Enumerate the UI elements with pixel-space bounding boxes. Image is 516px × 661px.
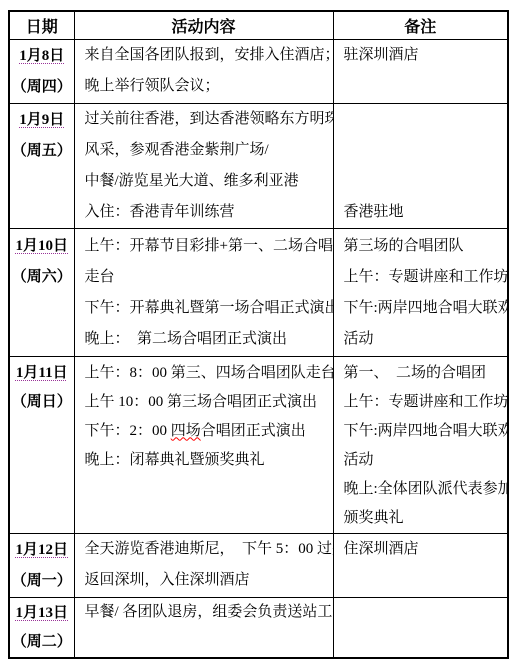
note-line: 香港驻地: [344, 197, 505, 228]
date-value: 1月11日: [16, 365, 68, 381]
note-line: 下午:两岸四地合唱大联欢: [344, 417, 505, 446]
note-line: 第一、 二场的合唱团: [344, 359, 505, 388]
schedule-row-jan12: 1月12日 （周一） 全天游览香港迪斯尼， 下午 5：00 过关 返回深圳，入住…: [9, 533, 508, 597]
notes-cell: [333, 597, 508, 658]
date-text: 1月9日: [10, 105, 74, 136]
date-cell: 1月11日 （周日）: [9, 356, 74, 533]
date-value: 1月9日: [19, 112, 64, 128]
schedule-row-jan9: 1月9日 （周五） 过关前往香港，到达香港领略东方明珠 风采，参观香港金紫荆广场…: [9, 103, 508, 228]
note-line: 晚上:全体团队派代表参加: [344, 475, 505, 504]
date-text: 1月11日: [10, 359, 74, 388]
activity-line: 下午：开幕典礼暨第一场合唱正式演出: [85, 293, 330, 324]
document-page: 日期 活动内容 备注 1月8日 （周四） 来自全国各团队报到，安排入住酒店； 晚…: [8, 10, 509, 659]
activity-line: 上午：开幕节目彩排+第一、二场合唱团: [85, 231, 330, 262]
note-line: 活动: [344, 446, 505, 475]
notes-cell: 驻深圳酒店: [333, 39, 508, 103]
date-text: 1月8日: [10, 41, 74, 72]
schedule-table: 日期 活动内容 备注 1月8日 （周四） 来自全国各团队报到，安排入住酒店； 晚…: [8, 10, 509, 659]
date-cell: 1月8日 （周四）: [9, 39, 74, 103]
schedule-row-jan13: 1月13日 （周二） 早餐/ 各团队退房，组委会负责送站工作: [9, 597, 508, 658]
activity-line: 晚上： 第二场合唱团正式演出: [85, 324, 330, 355]
column-header-notes: 备注: [333, 11, 508, 39]
note-line: 上午：专题讲座和工作坊: [344, 388, 505, 417]
schedule-row-jan8: 1月8日 （周四） 来自全国各团队报到，安排入住酒店； 晚上举行领队会议； 驻深…: [9, 39, 508, 103]
activity-line: 上午：8：00 第三、四场合唱团队走台: [85, 359, 330, 388]
activity-cell: 早餐/ 各团队退房，组委会负责送站工作: [74, 597, 333, 658]
activity-line: 走台: [85, 262, 330, 293]
schedule-row-jan10: 1月10日 （周六） 上午：开幕节目彩排+第一、二场合唱团 走台 下午：开幕典礼…: [9, 228, 508, 356]
weekday-text: （周二）: [10, 628, 74, 657]
weekday-text: （周六）: [10, 262, 74, 293]
date-text: 1月13日: [10, 599, 74, 628]
notes-cell: 住深圳酒店: [333, 533, 508, 597]
activity-cell: 上午：开幕节目彩排+第一、二场合唱团 走台 下午：开幕典礼暨第一场合唱正式演出 …: [74, 228, 333, 356]
note-line: 下午:两岸四地合唱大联欢: [344, 293, 505, 324]
date-cell: 1月12日 （周一）: [9, 533, 74, 597]
note-line: 第三场的合唱团队: [344, 231, 505, 262]
note-line: 住深圳酒店: [344, 534, 505, 565]
date-cell: 1月10日 （周六）: [9, 228, 74, 356]
activity-line: 返回深圳，入住深圳酒店: [85, 565, 330, 596]
activity-line: 入住：香港青年训练营: [85, 197, 330, 228]
activity-text-segment: 下午：2：00: [85, 423, 171, 439]
weekday-text: （周一）: [10, 566, 74, 597]
activity-line: 来自全国各团队报到，安排入住酒店；: [85, 40, 330, 71]
notes-cell: 第一、 二场的合唱团 上午：专题讲座和工作坊 下午:两岸四地合唱大联欢 活动 晚…: [333, 356, 508, 533]
weekday-text: （周五）: [10, 136, 74, 167]
schedule-row-jan11: 1月11日 （周日） 上午：8：00 第三、四场合唱团队走台 上午 10：00 …: [9, 356, 508, 533]
activity-cell: 过关前往香港，到达香港领略东方明珠 风采，参观香港金紫荆广场/ 中餐/游览星光大…: [74, 103, 333, 228]
column-header-date: 日期: [9, 11, 74, 39]
weekday-text: （周日）: [10, 388, 74, 417]
notes-cell: 第三场的合唱团队 上午：专题讲座和工作坊 下午:两岸四地合唱大联欢 活动: [333, 228, 508, 356]
date-value: 1月13日: [15, 605, 68, 621]
note-line: 活动: [344, 324, 505, 355]
activity-text-segment: 合唱团正式演出: [201, 423, 306, 439]
date-value: 1月8日: [19, 48, 64, 64]
notes-cell: 香港驻地: [333, 103, 508, 228]
date-value: 1月12日: [15, 542, 68, 558]
activity-line: 晚上举行领队会议；: [85, 71, 330, 102]
activity-line: 上午 10：00 第三场合唱团正式演出: [85, 388, 330, 417]
activity-line: 中餐/游览星光大道、维多利亚港: [85, 166, 330, 197]
note-line: 上午：专题讲座和工作坊: [344, 262, 505, 293]
activity-line: 早餐/ 各团队退房，组委会负责送站工作: [85, 598, 330, 627]
activity-line: 下午：2：00 四场合唱团正式演出: [85, 417, 330, 446]
date-text: 1月10日: [10, 231, 74, 262]
activity-line: 过关前往香港，到达香港领略东方明珠: [85, 104, 330, 135]
activity-cell: 全天游览香港迪斯尼， 下午 5：00 过关 返回深圳，入住深圳酒店: [74, 533, 333, 597]
activity-line: 全天游览香港迪斯尼， 下午 5：00 过关: [85, 534, 330, 565]
date-text: 1月12日: [10, 535, 74, 566]
spellcheck-marked-text: 四场: [171, 423, 201, 439]
header-row: 日期 活动内容 备注: [9, 11, 508, 39]
activity-line: 风采，参观香港金紫荆广场/: [85, 135, 330, 166]
activity-cell: 上午：8：00 第三、四场合唱团队走台 上午 10：00 第三场合唱团正式演出 …: [74, 356, 333, 533]
note-line: 颁奖典礼: [344, 504, 505, 533]
date-cell: 1月9日 （周五）: [9, 103, 74, 228]
weekday-text: （周四）: [10, 72, 74, 103]
date-cell: 1月13日 （周二）: [9, 597, 74, 658]
activity-line: 晚上：闭幕典礼暨颁奖典礼: [85, 446, 330, 475]
activity-cell: 来自全国各团队报到，安排入住酒店； 晚上举行领队会议；: [74, 39, 333, 103]
date-value: 1月10日: [15, 238, 68, 254]
note-line: 驻深圳酒店: [344, 40, 505, 71]
column-header-activity: 活动内容: [74, 11, 333, 39]
